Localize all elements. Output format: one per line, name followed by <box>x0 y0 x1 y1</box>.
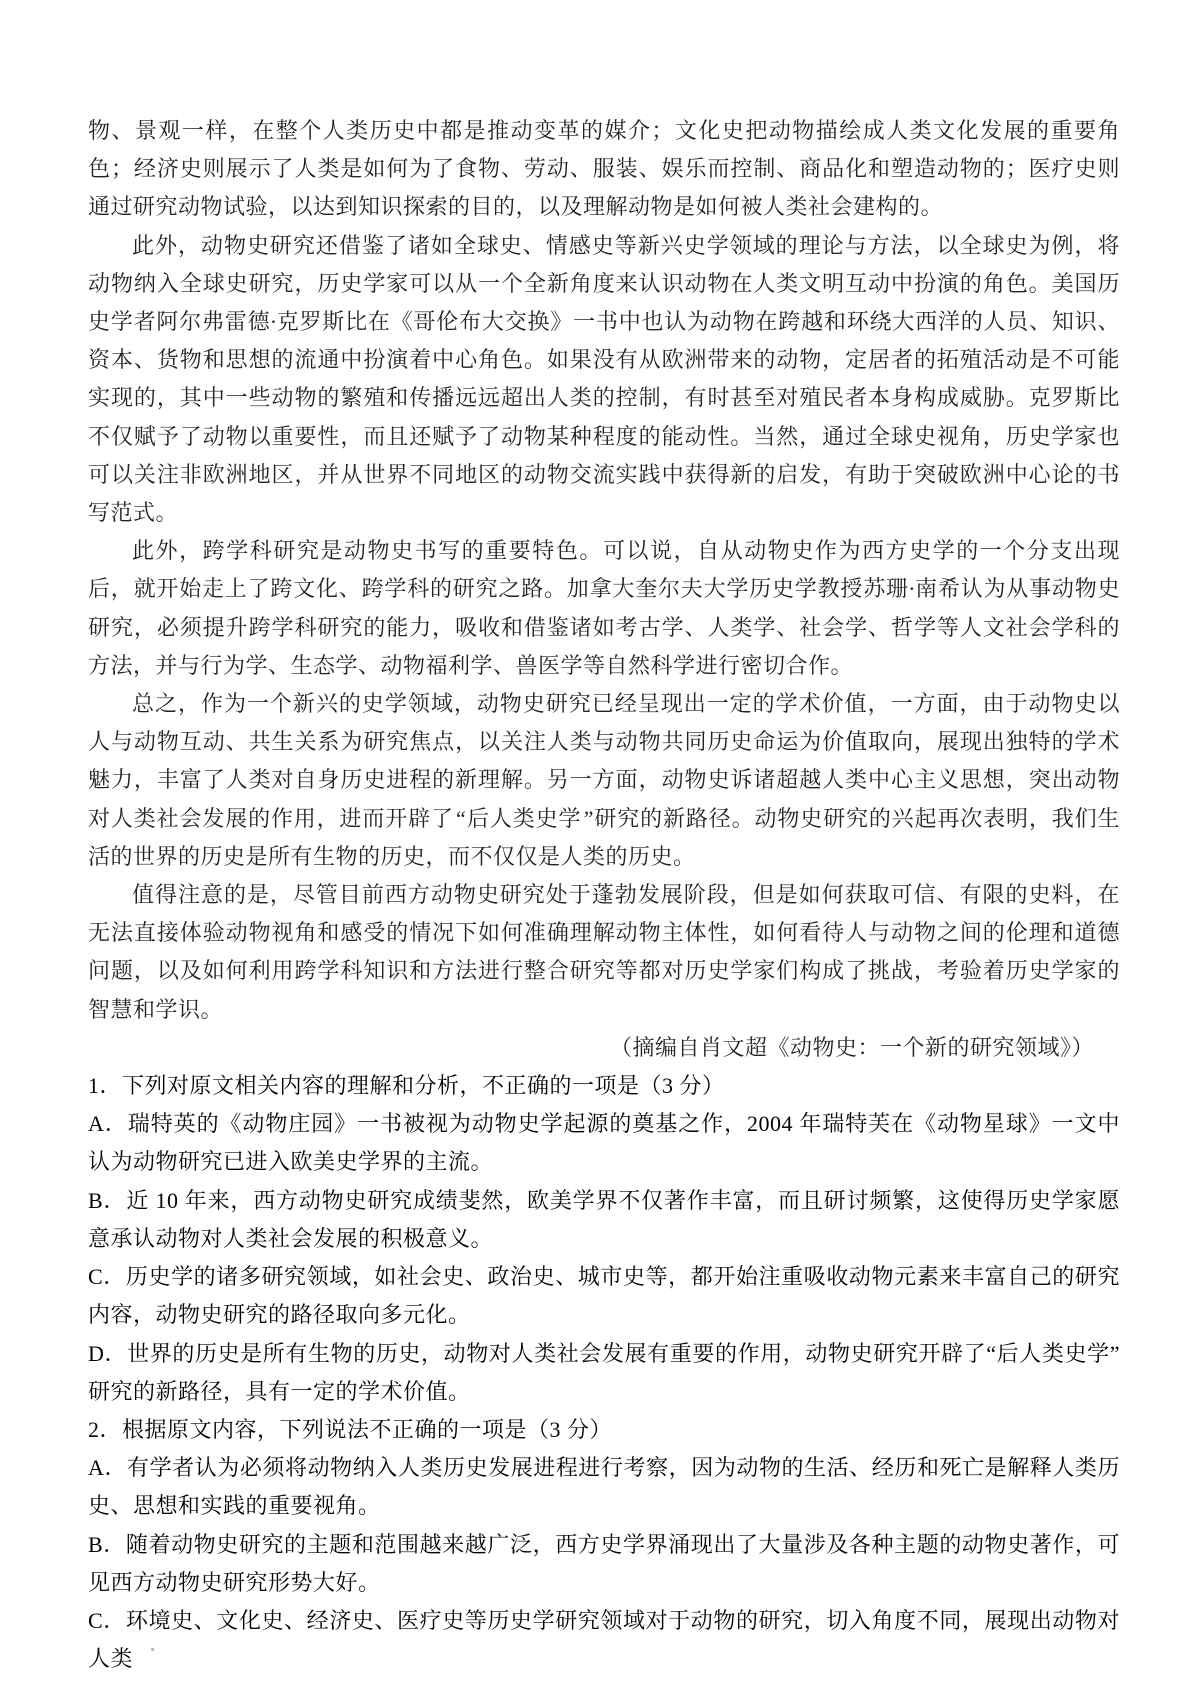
option-text: 历史学的诸多研究领域，如社会史、政治史、城市史等，都开始注重吸收动物元素来丰富自… <box>88 1264 1120 1327</box>
option-label: A． <box>88 1455 127 1480</box>
option-text: 环境史、文化史、经济史、医疗史等历史学研究领域对于动物的研究，切入角度不同，展现… <box>88 1608 1120 1671</box>
question-1-option-b: B．近 10 年来，西方动物史研究成绩斐然，欧美学界不仅著作丰富，而且研讨频繁，… <box>88 1182 1120 1258</box>
option-text: 瑞特英的《动物庄园》一书被视为动物史学起源的奠基之作，2004 年瑞特芙在《动物… <box>88 1111 1120 1174</box>
passage-paragraph-2: 此外，动物史研究还借鉴了诸如全球史、情感史等新兴史学领域的理论与方法，以全球史为… <box>88 227 1120 533</box>
question-1-option-d: D．世界的历史是所有生物的历史，动物对人类社会发展有重要的作用，动物史研究开辟了… <box>88 1335 1120 1411</box>
passage-attribution: （摘编自肖文超《动物史：一个新的研究领域》） <box>88 1029 1120 1067</box>
question-2-option-a: A．有学者认为必须将动物纳入人类历史发展进程进行考察，因为动物的生活、经历和死亡… <box>88 1449 1120 1525</box>
option-label: A． <box>88 1111 128 1136</box>
option-label: D． <box>88 1341 127 1366</box>
scan-speck-artifact <box>151 1648 154 1651</box>
question-1-option-c: C．历史学的诸多研究领域，如社会史、政治史、城市史等，都开始注重吸收动物元素来丰… <box>88 1258 1120 1334</box>
option-label: B． <box>88 1188 126 1213</box>
passage-paragraph-4: 总之，作为一个新兴的史学领域，动物史研究已经呈现出一定的学术价值，一方面，由于动… <box>88 685 1120 876</box>
reading-passage: 物、景观一样，在整个人类历史中都是推动变革的媒介；文化史把动物描绘成人类文化发展… <box>88 112 1120 1067</box>
option-label: B． <box>88 1532 126 1557</box>
question-2-option-b: B．随着动物史研究的主题和范围越来越广泛，西方史学界涌现出了大量涉及各种主题的动… <box>88 1526 1120 1602</box>
question-1-option-a: A．瑞特英的《动物庄园》一书被视为动物史学起源的奠基之作，2004 年瑞特芙在《… <box>88 1105 1120 1181</box>
page-body: 物、景观一样，在整个人类历史中都是推动变革的媒介；文化史把动物描绘成人类文化发展… <box>88 112 1120 1678</box>
option-text: 近 10 年来，西方动物史研究成绩斐然，欧美学界不仅著作丰富，而且研讨频繁，这使… <box>88 1188 1120 1251</box>
passage-paragraph-5: 值得注意的是，尽管目前西方动物史研究处于蓬勃发展阶段，但是如何获取可信、有限的史… <box>88 876 1120 1029</box>
option-label: C． <box>88 1608 126 1633</box>
passage-paragraph-3: 此外，跨学科研究是动物史书写的重要特色。可以说，自从动物史作为西方史学的一个分支… <box>88 532 1120 685</box>
passage-paragraph-1: 物、景观一样，在整个人类历史中都是推动变革的媒介；文化史把动物描绘成人类文化发展… <box>88 112 1120 227</box>
question-2-stem: 2．根据原文内容，下列说法不正确的一项是（3 分） <box>88 1411 1120 1449</box>
option-text: 世界的历史是所有生物的历史，动物对人类社会发展有重要的作用，动物史研究开辟了“后… <box>88 1341 1120 1404</box>
option-label: C． <box>88 1264 126 1289</box>
question-2-option-c: C．环境史、文化史、经济史、医疗史等历史学研究领域对于动物的研究，切入角度不同，… <box>88 1602 1120 1678</box>
exam-page: 物、景观一样，在整个人类历史中都是推动变革的媒介；文化史把动物描绘成人类文化发展… <box>0 0 1200 1698</box>
option-text: 有学者认为必须将动物纳入人类历史发展进程进行考察，因为动物的生活、经历和死亡是解… <box>88 1455 1120 1518</box>
questions-section: 1．下列对原文相关内容的理解和分析，不正确的一项是（3 分） A．瑞特英的《动物… <box>88 1067 1120 1678</box>
option-text: 随着动物史研究的主题和范围越来越广泛，西方史学界涌现出了大量涉及各种主题的动物史… <box>88 1532 1120 1595</box>
question-1-stem: 1．下列对原文相关内容的理解和分析，不正确的一项是（3 分） <box>88 1067 1120 1105</box>
